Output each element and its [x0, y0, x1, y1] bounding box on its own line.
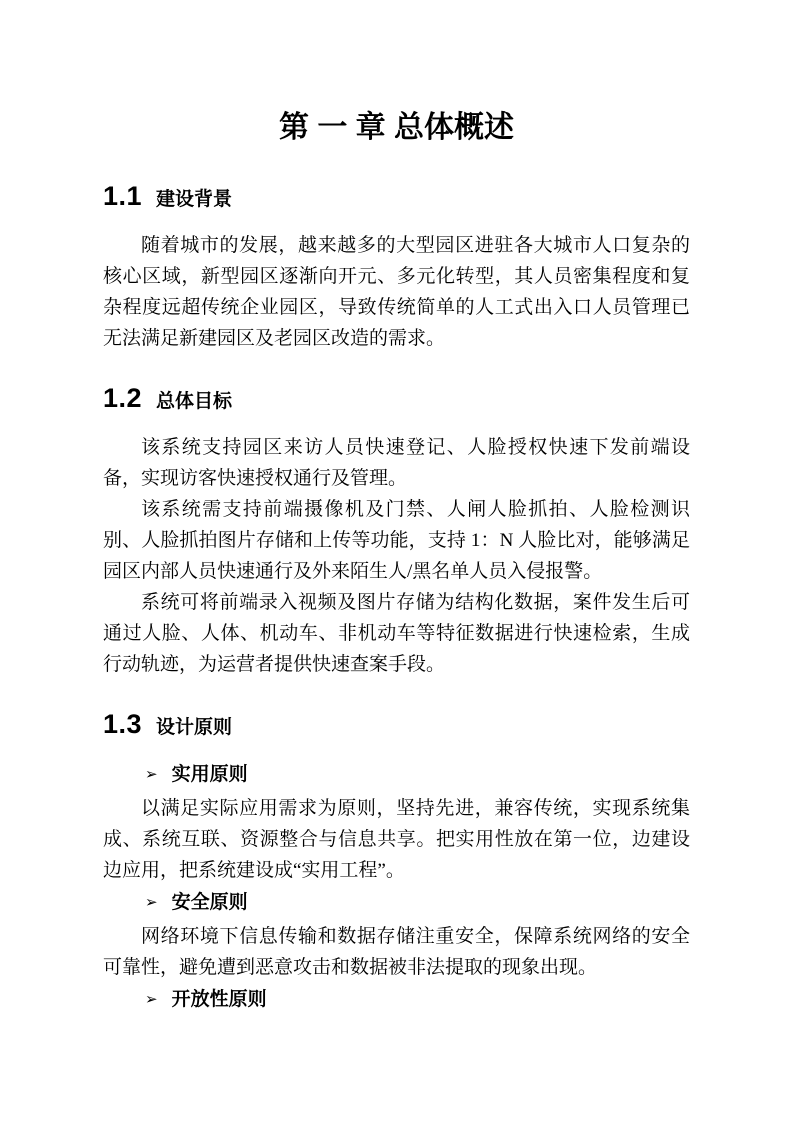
bullet-label: 实用原则 — [172, 758, 248, 792]
section-number: 1.2 — [103, 380, 142, 416]
paragraph: 该系统支持园区来访人员快速登记、人脸授权快速下发前端设备，实现访客快速授权通行及… — [103, 432, 690, 494]
arrow-bullet-icon: ➢ — [145, 983, 158, 1017]
section-number: 1.3 — [103, 706, 142, 742]
arrow-bullet-icon: ➢ — [145, 886, 158, 920]
paragraph: 随着城市的发展，越来越多的大型园区进驻各大城市人口复杂的核心区域，新型园区逐渐向… — [103, 230, 690, 354]
section-title: 建设背景 — [156, 182, 232, 218]
bullet-list-item-openness: ➢ 开放性原则 — [103, 983, 690, 1018]
section-heading-1-1: 1.1 建设背景 — [103, 178, 690, 218]
bullet-label: 安全原则 — [172, 886, 248, 920]
paragraph: 系统可将前端录入视频及图片存储为结构化数据，案件发生后可通过人脸、人体、机动车、… — [103, 587, 690, 680]
document-page: 第 一 章 总体概述 1.1 建设背景 随着城市的发展，越来越多的大型园区进驻各… — [0, 0, 793, 1122]
chapter-title: 第 一 章 总体概述 — [103, 106, 690, 150]
section-number: 1.1 — [103, 178, 142, 214]
paragraph: 以满足实际应用需求为原则，坚持先进，兼容传统，实现系统集成、系统互联、资源整合与… — [103, 793, 690, 886]
paragraph: 该系统需支持前端摄像机及门禁、人闸人脸抓拍、人脸检测识别、人脸抓拍图片存储和上传… — [103, 494, 690, 587]
arrow-bullet-icon: ➢ — [145, 758, 158, 792]
bullet-label: 开放性原则 — [172, 983, 267, 1017]
bullet-list-item-practical: ➢ 实用原则 — [103, 758, 690, 793]
paragraph: 网络环境下信息传输和数据存储注重安全，保障系统网络的安全可靠性，避免遭到恶意攻击… — [103, 921, 690, 983]
section-heading-1-2: 1.2 总体目标 — [103, 380, 690, 420]
section-title: 设计原则 — [156, 710, 232, 746]
section-title: 总体目标 — [156, 384, 232, 420]
bullet-list-item-security: ➢ 安全原则 — [103, 886, 690, 921]
section-heading-1-3: 1.3 设计原则 — [103, 706, 690, 746]
